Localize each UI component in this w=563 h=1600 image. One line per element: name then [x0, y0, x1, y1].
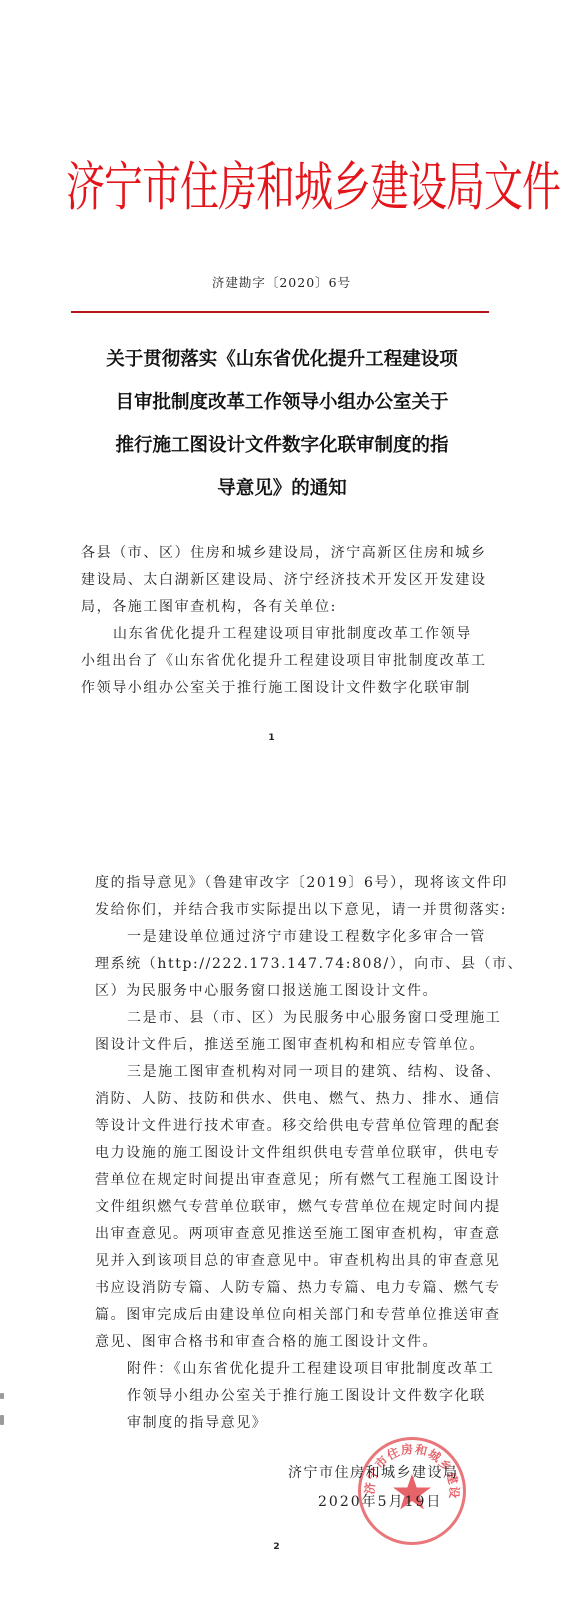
addressee-line: 建设局、太白湖新区建设局、济宁经济技术开发区开发建设: [81, 567, 485, 594]
body-line: 三是施工图审查机构对同一项目的建筑、结构、设备、: [95, 1059, 499, 1086]
title-line: 推行施工图设计文件数字化联审制度的指: [72, 424, 492, 467]
body-line: 营单位在规定时间提出审查意见；所有燃气工程施工图设计: [95, 1167, 499, 1194]
page2-body: 度的指导意见》（鲁建审改字〔2019〕6号），现将该文件印 发给你们，并结合我市…: [95, 870, 499, 1437]
page-number: 1: [0, 733, 553, 743]
body-line: 消防、人防、技防和供水、供电、燃气、热力、排水、通信: [95, 1086, 499, 1113]
addressee-line: 各县（市、区）住房和城乡建设局，济宁高新区住房和城乡: [81, 540, 485, 567]
signature-organization: 济宁市住房和城乡建设局: [288, 1462, 498, 1482]
signature-date: 2020年5月19日: [318, 1491, 528, 1511]
title-line: 目审批制度改革工作领导小组办公室关于: [72, 381, 492, 424]
body-line: 书应设消防专篇、人防专篇、热力专篇、电力专篇、燃气专: [95, 1275, 499, 1302]
body-line: 发给你们，并结合我市实际提出以下意见，请一并贯彻落实:: [95, 897, 499, 924]
body-line: 小组出台了《山东省优化提升工程建设项目审批制度改革工: [81, 648, 485, 675]
body-line: 山东省优化提升工程建设项目审批制度改革工作领导: [81, 621, 485, 648]
page-number: 2: [0, 1542, 558, 1552]
body-line: 理系统（http://222.173.147.74:808/），向市、县（市、: [95, 951, 499, 978]
body-line: 区）为民服务中心服务窗口报送施工图设计文件。: [95, 978, 499, 1005]
body-line: 意见、图审合格书和审查合格的施工图设计文件。: [95, 1329, 499, 1356]
body-line: 篇。图审完成后由建设单位向相关部门和专营单位推送审查: [95, 1302, 499, 1329]
title-line: 关于贯彻落实《山东省优化提升工程建设项: [72, 338, 492, 381]
body-line: 一是建设单位通过济宁市建设工程数字化多审合一管: [95, 924, 499, 951]
body-line: 电力设施的施工图设计文件组织供电专营单位联审，供电专: [95, 1140, 499, 1167]
body-line: 图设计文件后，推送至施工图审查机构和相应专管单位。: [95, 1032, 499, 1059]
body-line: 出审查意见。两项审查意见推送至施工图审查机构，审查意: [95, 1221, 499, 1248]
body-line: 文件组织燃气专营单位联审，燃气专营单位在规定时间内提: [95, 1194, 499, 1221]
scan-artifact: [0, 1393, 4, 1399]
body-line: 等设计文件进行技术审查。移交给供电专营单位管理的配套: [95, 1113, 499, 1140]
document-page-1: 济宁市住房和城乡建设局文件 济建勘字〔2020〕6号 关于贯彻落实《山东省优化提…: [0, 0, 563, 820]
notice-title: 关于贯彻落实《山东省优化提升工程建设项 目审批制度改革工作领导小组办公室关于 推…: [72, 338, 492, 510]
body-line: 作领导小组办公室关于推行施工图设计文件数字化联审制: [81, 675, 485, 702]
attachment-line: 附件：《山东省优化提升工程建设项目审批制度改革工: [95, 1356, 499, 1383]
page1-body: 各县（市、区）住房和城乡建设局，济宁高新区住房和城乡 建设局、太白湖新区建设局、…: [81, 540, 485, 702]
issuer-header: 济宁市住房和城乡建设局文件: [66, 140, 496, 237]
scan-artifact: [0, 1415, 4, 1425]
body-line: 见并入到该项目总的审查意见中。审查机构出具的审查意见: [95, 1248, 499, 1275]
attachment-line: 审制度的指导意见》: [95, 1410, 499, 1437]
document-number: 济建勘字〔2020〕6号: [0, 273, 563, 291]
body-line: 二是市、县（市、区）为民服务中心服务窗口受理施工: [95, 1005, 499, 1032]
addressee-line: 局，各施工图审查机构，各有关单位:: [81, 594, 485, 621]
title-line: 导意见》的通知: [72, 467, 492, 510]
red-divider-rule: [71, 311, 489, 313]
attachment-line: 作领导小组办公室关于推行施工图设计文件数字化联: [95, 1383, 499, 1410]
body-line: 度的指导意见》（鲁建审改字〔2019〕6号），现将该文件印: [95, 870, 499, 897]
